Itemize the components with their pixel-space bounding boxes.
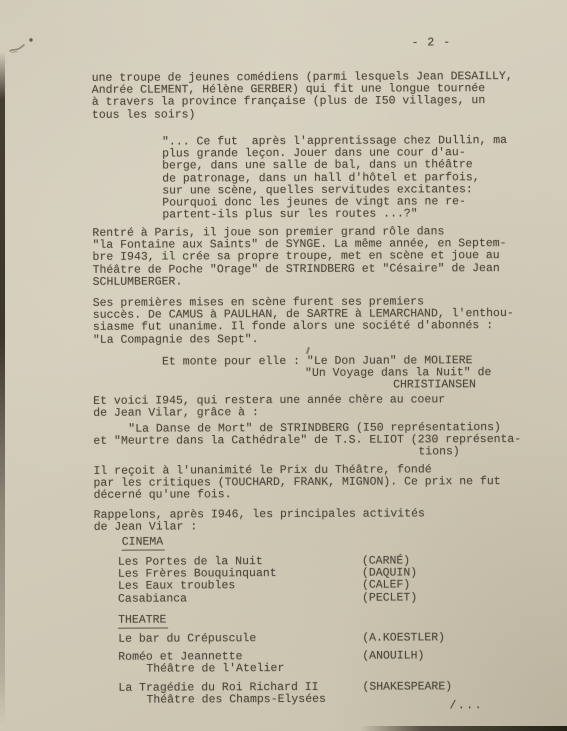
theatre-heading-label: THEATRE [118,615,168,629]
play-title: Roméo et Jeannette [118,650,242,664]
play-title: La Tragédie du Roi Richard II [118,680,318,694]
cinema-heading-label: CINEMA [122,537,165,551]
text-line: "La Compagnie des Sept". [93,333,514,347]
continuation-mark: /... [449,700,483,712]
text-line: Théâtre de Poche "Orage" de STRINDBERG e… [93,263,507,277]
blockquote-dullin: "... Ce fut après l'apprentissage chez D… [136,135,507,222]
play-entry: Le bar du Crépuscule (A.KOESTLER) [118,633,325,646]
text-line: tous les soirs) [92,108,513,122]
typewritten-page: - 2 - une troupe de jeunes comédiens (pa… [0,0,567,731]
paragraph-premieres-mises: Ses premières mises en scène furent ses … [93,296,514,347]
film-title: Casabianca [118,592,187,605]
play-venue: Théâtre de l'Atelier [118,663,325,676]
paragraph-rappelons: Rappelons, après I946, les principales a… [94,508,425,534]
theatre-heading: THEATRE [118,615,168,629]
theatre-list: Le bar du Crépuscule (A.KOESTLER) Roméo … [118,633,326,713]
cinema-heading: CINEMA [122,537,165,551]
text-line: SCHLUMBERGER. [93,275,507,289]
page-number: - 2 - [412,37,452,49]
paragraph-retour-paris: Rentré à Paris, il joue son premier gran… [92,226,506,289]
play-title: Le bar du Crépuscule [118,632,256,646]
play-entry: Roméo et Jeannette (ANOUILH) Théâtre de … [118,651,326,676]
play-row: Le bar du Crépuscule (A.KOESTLER) [118,633,325,646]
page-content: - 2 - une troupe de jeunes comédiens (pa… [0,0,567,731]
play-row: La Tragédie du Roi Richard II (SHAKESPEA… [118,681,325,694]
play-row: Roméo et Jeannette (ANOUILH) [118,651,325,664]
paragraph-prix: Il reçoit à l'unanimité le Prix du Théât… [93,464,500,502]
play-entry: La Tragédie du Roi Richard II (SHAKESPEA… [118,681,326,706]
paragraph-pieces-1945: "La Danse de Mort" de STRINDBERG (I50 re… [93,422,521,460]
text-line: partent-ils plus sur les routes ...?" [136,208,507,222]
film-director: (PECLET) [362,592,417,604]
paragraph-monte: Et monte pour elle : "Le Don Juan" de MO… [93,355,491,393]
text-line: tions) [93,446,521,460]
film-director: (CALEF) [362,580,410,592]
play-author: (A.KOESTLER) [362,632,445,645]
film-row: Casabianca (PECLET) [118,593,277,606]
play-venue: Théâtre des Champs-Elysées [118,694,325,707]
play-author: (SHAKESPEARE) [362,681,452,694]
paragraph-et-voici: Et voici I945, qui restera une année chè… [93,394,445,420]
paragraph-intro: une troupe de jeunes comédiens (parmi le… [92,71,513,122]
text-line: CHRISTIANSEN [93,379,491,393]
text-line: siasme fut unanime. Il fonde alors une s… [93,320,514,334]
play-author: (ANOUILH) [362,651,424,663]
stray-ink-mark [306,347,310,354]
text-line: à travers la province française (plus de… [92,95,513,109]
cinema-list: Les Portes de la Nuit (CARNÉ) Les Frères… [118,556,277,605]
text-line: décerné qu'une fois. [94,488,501,502]
text-line: de Jean Vilar, grâce à : [93,406,445,420]
text-line: de Jean Vilar : [94,521,425,535]
